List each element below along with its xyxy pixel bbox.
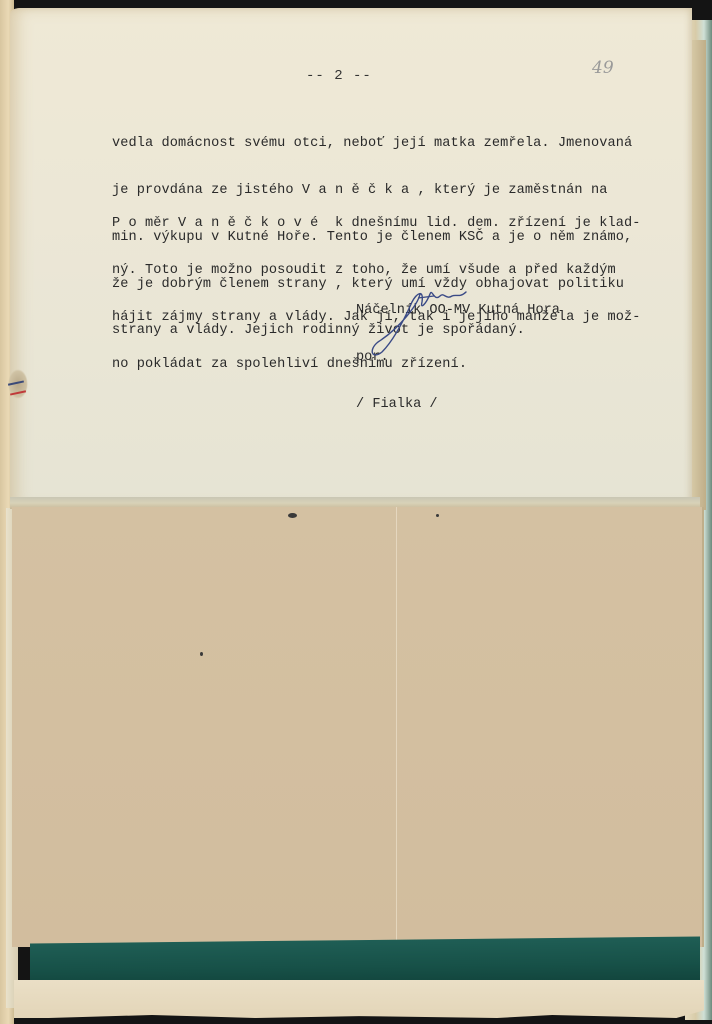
cardboard-cover: [12, 507, 704, 947]
handwritten-signature-icon: [360, 280, 480, 360]
text-line: P o měr V a n ě č k o v é k dnešnímu lid…: [112, 216, 672, 232]
cover-speck: [200, 652, 203, 656]
page-number: -- 2 --: [306, 68, 372, 84]
torn-bottom-edge: [14, 980, 704, 1018]
signatory-name: / Fialka /: [356, 397, 560, 413]
text-line: vedla domácnost svému otci, neboť její m…: [112, 136, 672, 152]
folio-number: 49: [592, 58, 614, 78]
cover-speck: [436, 514, 439, 517]
cover-speck: [288, 513, 297, 518]
cover-crease: [396, 507, 397, 947]
